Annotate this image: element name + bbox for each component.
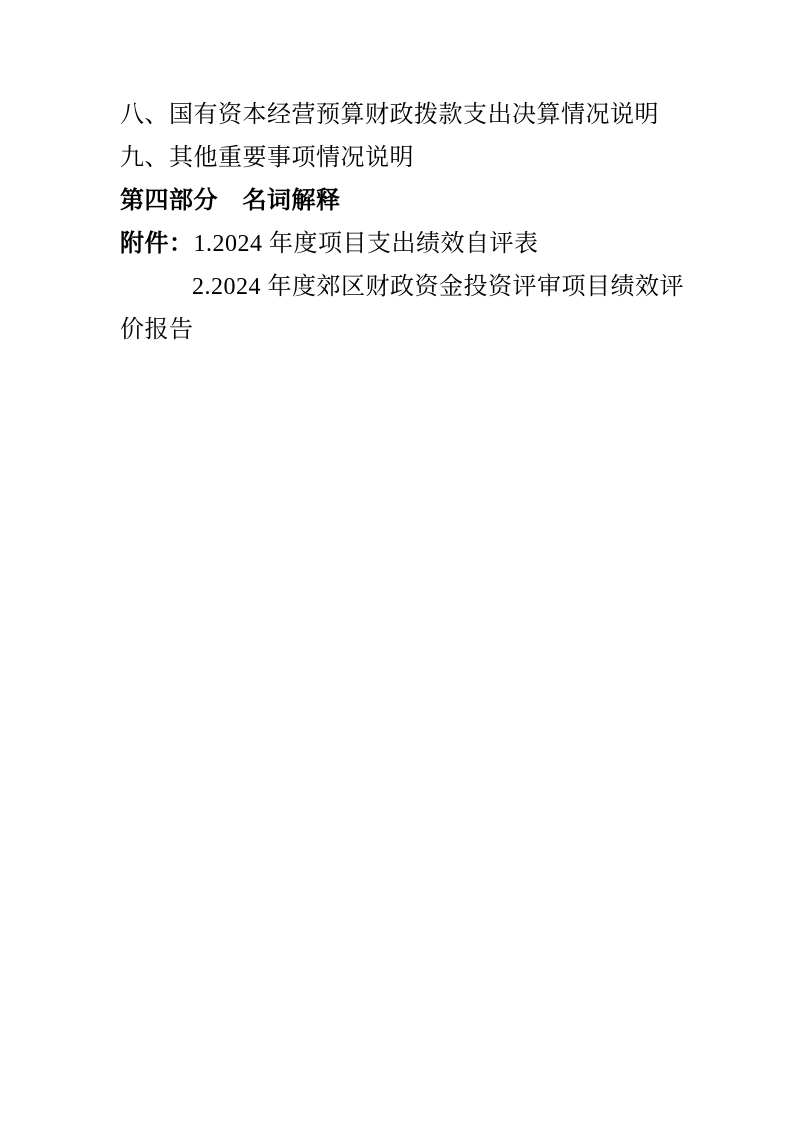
document-content: 八、国有资本经营预算财政拨款支出决算情况说明 九、其他重要事项情况说明 第四部分… <box>0 0 793 352</box>
toc-item-9: 九、其他重要事项情况说明 <box>120 137 673 180</box>
toc-item-8: 八、国有资本经营预算财政拨款支出决算情况说明 <box>120 94 673 137</box>
attachments-label: 附件： <box>120 231 194 257</box>
document-page: 八、国有资本经营预算财政拨款支出决算情况说明 九、其他重要事项情况说明 第四部分… <box>0 0 793 1122</box>
attachment-item-2-line-2: 价报告 <box>120 309 673 352</box>
section-heading-part-4: 第四部分 名词解释 <box>120 180 673 223</box>
attachment-item-2-line-1: 2.2024 年度郊区财政资金投资评审项目绩效评 <box>120 266 673 309</box>
attachment-item-1: 1.2024 年度项目支出绩效自评表 <box>194 231 539 257</box>
attachments-line: 附件：1.2024 年度项目支出绩效自评表 <box>120 223 673 266</box>
